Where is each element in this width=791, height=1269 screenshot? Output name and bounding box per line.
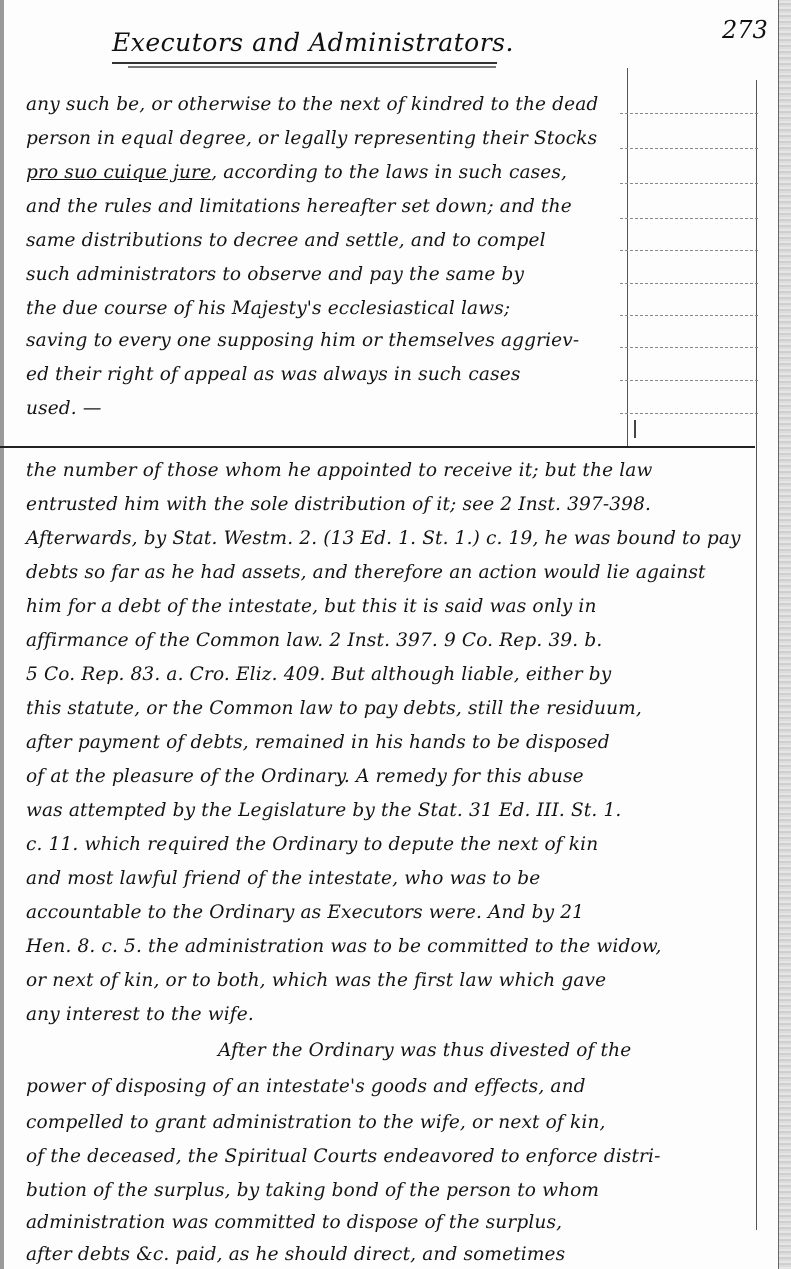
ruled-line [620, 413, 760, 414]
title-underline [112, 62, 497, 64]
text-line: and most lawful friend of the intestate,… [26, 868, 751, 889]
text-line: ed their right of appeal as was always i… [26, 364, 616, 385]
text-line: same distributions to decree and settle,… [26, 230, 616, 251]
ruled-line [620, 250, 760, 251]
text-line: compelled to grant administration to the… [26, 1112, 751, 1133]
text-line: or next of kin, or to both, which was th… [26, 970, 751, 991]
text-line: administration was committed to dispose … [26, 1212, 751, 1233]
page-border-right [778, 0, 779, 1269]
underlined-latin-phrase: pro suo cuique jure [26, 162, 211, 183]
text-line: such administrators to observe and pay t… [26, 264, 616, 285]
text-line: accountable to the Ordinary as Executors… [26, 902, 751, 923]
text-line: him for a debt of the intestate, but thi… [26, 596, 751, 617]
ruled-line [620, 283, 760, 284]
text-line: bution of the surplus, by taking bond of… [26, 1180, 751, 1201]
margin-mark [634, 420, 636, 438]
ruled-line [620, 218, 760, 219]
ruled-line [620, 380, 760, 381]
text-line: the due course of his Majesty's ecclesia… [26, 298, 616, 319]
text-line: of the deceased, the Spiritual Courts en… [26, 1146, 751, 1167]
text-line: debts so far as he had assets, and there… [26, 562, 751, 583]
text-line: this statute, or the Common law to pay d… [26, 698, 751, 719]
ruled-line [620, 113, 760, 114]
page-number: 273 [722, 16, 768, 44]
text-line: used. — [26, 398, 616, 419]
binding-edge-right [779, 0, 791, 1269]
margin-column-rule-1 [627, 68, 628, 446]
text-line: pro suo cuique jure, according to the la… [26, 162, 616, 183]
text-line: entrusted him with the sole distribution… [26, 494, 751, 515]
text-line-indented: After the Ordinary was thus divested of … [218, 1040, 791, 1061]
scan-edge-left [0, 0, 4, 1269]
text-line-rest: , according to the laws in such cases, [211, 162, 567, 183]
ruled-line [620, 148, 760, 149]
ruled-line [620, 315, 760, 316]
text-line: was attempted by the Legislature by the … [26, 800, 751, 821]
text-line: after debts &c. paid, as he should direc… [26, 1244, 751, 1265]
text-line: after payment of debts, remained in his … [26, 732, 751, 753]
title-underline-secondary [128, 66, 496, 68]
text-line: any interest to the wife. [26, 1004, 751, 1025]
text-line: person in equal degree, or legally repre… [26, 128, 616, 149]
page-title: Executors and Administrators. [112, 28, 514, 57]
text-line: any such be, or otherwise to the next of… [26, 94, 616, 115]
ruled-line [620, 347, 760, 348]
text-line: saving to every one supposing him or the… [26, 330, 616, 351]
section-divider [0, 446, 755, 448]
ruled-line [620, 183, 760, 184]
text-line: and the rules and limitations hereafter … [26, 196, 616, 217]
text-line: Afterwards, by Stat. Westm. 2. (13 Ed. 1… [26, 528, 751, 549]
manuscript-page: Executors and Administrators. 273 any su… [0, 0, 791, 1269]
text-line: power of disposing of an intestate's goo… [26, 1076, 751, 1097]
text-line: of at the pleasure of the Ordinary. A re… [26, 766, 751, 787]
text-line: 5 Co. Rep. 83. a. Cro. Eliz. 409. But al… [26, 664, 751, 685]
text-line: affirmance of the Common law. 2 Inst. 39… [26, 630, 751, 651]
text-line: the number of those whom he appointed to… [26, 460, 751, 481]
text-line: c. 11. which required the Ordinary to de… [26, 834, 751, 855]
text-line: Hen. 8. c. 5. the administration was to … [26, 936, 751, 957]
